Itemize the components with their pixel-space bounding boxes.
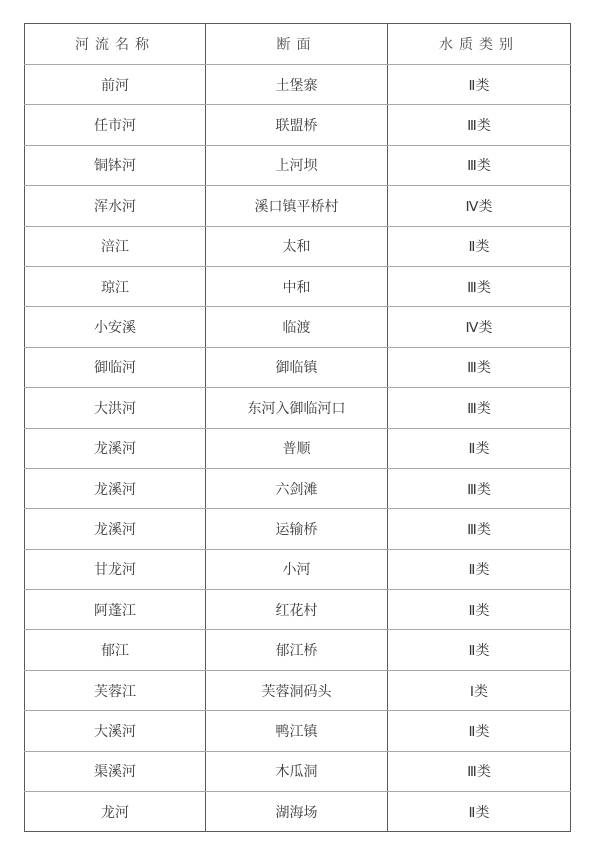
- water-quality-class-cell: Ⅱ类: [388, 711, 571, 751]
- table-row: 琼江中和Ⅲ类: [25, 266, 571, 306]
- section-cell: 溪口镇平桥村: [206, 186, 388, 226]
- section-cell: 郁江桥: [206, 630, 388, 670]
- table-header: 河流名称 断面 水质类别: [25, 24, 571, 65]
- column-header-river-name: 河流名称: [25, 24, 206, 65]
- river-name-cell: 甘龙河: [25, 549, 206, 589]
- section-cell: 木瓜洞: [206, 751, 388, 791]
- table-row: 铜钵河上河坝Ⅲ类: [25, 145, 571, 185]
- river-name-cell: 郁江: [25, 630, 206, 670]
- section-cell: 土堡寨: [206, 65, 388, 105]
- water-quality-class-cell: Ⅲ类: [388, 509, 571, 549]
- water-quality-class-cell: Ⅳ类: [388, 307, 571, 347]
- river-name-cell: 龙河: [25, 792, 206, 832]
- river-name-cell: 琼江: [25, 266, 206, 306]
- table-row: 渠溪河木瓜洞Ⅲ类: [25, 751, 571, 791]
- table-row: 甘龙河小河Ⅱ类: [25, 549, 571, 589]
- table-row: 郁江郁江桥Ⅱ类: [25, 630, 571, 670]
- water-quality-class-cell: Ⅱ类: [388, 549, 571, 589]
- river-name-cell: 铜钵河: [25, 145, 206, 185]
- section-cell: 上河坝: [206, 145, 388, 185]
- water-quality-class-cell: Ⅰ类: [388, 670, 571, 710]
- table-row: 小安溪临渡Ⅳ类: [25, 307, 571, 347]
- table-row: 御临河御临镇Ⅲ类: [25, 347, 571, 387]
- water-quality-table-container: 河流名称 断面 水质类别 前河土堡寨Ⅱ类任市河联盟桥Ⅲ类铜钵河上河坝Ⅲ类浑水河溪…: [24, 23, 571, 832]
- section-cell: 芙蓉洞码头: [206, 670, 388, 710]
- water-quality-class-cell: Ⅲ类: [388, 388, 571, 428]
- section-cell: 临渡: [206, 307, 388, 347]
- column-header-water-quality-class: 水质类别: [388, 24, 571, 65]
- river-name-cell: 御临河: [25, 347, 206, 387]
- table-body: 前河土堡寨Ⅱ类任市河联盟桥Ⅲ类铜钵河上河坝Ⅲ类浑水河溪口镇平桥村Ⅳ类涪江太和Ⅱ类…: [25, 65, 571, 832]
- river-name-cell: 龙溪河: [25, 428, 206, 468]
- table-row: 龙溪河运输桥Ⅲ类: [25, 509, 571, 549]
- table-row: 大洪河东河入御临河口Ⅲ类: [25, 388, 571, 428]
- water-quality-class-cell: Ⅱ类: [388, 630, 571, 670]
- river-name-cell: 涪江: [25, 226, 206, 266]
- section-cell: 东河入御临河口: [206, 388, 388, 428]
- water-quality-table: 河流名称 断面 水质类别 前河土堡寨Ⅱ类任市河联盟桥Ⅲ类铜钵河上河坝Ⅲ类浑水河溪…: [24, 23, 571, 832]
- section-cell: 联盟桥: [206, 105, 388, 145]
- river-name-cell: 浑水河: [25, 186, 206, 226]
- table-row: 龙河湖海场Ⅱ类: [25, 792, 571, 832]
- river-name-cell: 阿蓬江: [25, 590, 206, 630]
- river-name-cell: 任市河: [25, 105, 206, 145]
- water-quality-class-cell: Ⅱ类: [388, 226, 571, 266]
- section-cell: 六剑滩: [206, 468, 388, 508]
- table-row: 阿蓬江红花村Ⅱ类: [25, 590, 571, 630]
- header-row: 河流名称 断面 水质类别: [25, 24, 571, 65]
- water-quality-class-cell: Ⅱ类: [388, 428, 571, 468]
- river-name-cell: 大溪河: [25, 711, 206, 751]
- section-cell: 太和: [206, 226, 388, 266]
- river-name-cell: 龙溪河: [25, 468, 206, 508]
- section-cell: 湖海场: [206, 792, 388, 832]
- water-quality-class-cell: Ⅲ类: [388, 751, 571, 791]
- table-row: 涪江太和Ⅱ类: [25, 226, 571, 266]
- river-name-cell: 小安溪: [25, 307, 206, 347]
- table-row: 龙溪河普顺Ⅱ类: [25, 428, 571, 468]
- water-quality-class-cell: Ⅲ类: [388, 468, 571, 508]
- water-quality-class-cell: Ⅱ类: [388, 65, 571, 105]
- river-name-cell: 芙蓉江: [25, 670, 206, 710]
- section-cell: 红花村: [206, 590, 388, 630]
- water-quality-class-cell: Ⅲ类: [388, 266, 571, 306]
- water-quality-class-cell: Ⅲ类: [388, 145, 571, 185]
- table-row: 龙溪河六剑滩Ⅲ类: [25, 468, 571, 508]
- water-quality-class-cell: Ⅲ类: [388, 347, 571, 387]
- column-header-section: 断面: [206, 24, 388, 65]
- river-name-cell: 大洪河: [25, 388, 206, 428]
- section-cell: 小河: [206, 549, 388, 589]
- table-row: 前河土堡寨Ⅱ类: [25, 65, 571, 105]
- section-cell: 普顺: [206, 428, 388, 468]
- water-quality-class-cell: Ⅳ类: [388, 186, 571, 226]
- table-row: 浑水河溪口镇平桥村Ⅳ类: [25, 186, 571, 226]
- section-cell: 中和: [206, 266, 388, 306]
- river-name-cell: 龙溪河: [25, 509, 206, 549]
- river-name-cell: 渠溪河: [25, 751, 206, 791]
- water-quality-class-cell: Ⅱ类: [388, 590, 571, 630]
- section-cell: 御临镇: [206, 347, 388, 387]
- table-row: 芙蓉江芙蓉洞码头Ⅰ类: [25, 670, 571, 710]
- water-quality-class-cell: Ⅲ类: [388, 105, 571, 145]
- section-cell: 鸭江镇: [206, 711, 388, 751]
- river-name-cell: 前河: [25, 65, 206, 105]
- water-quality-class-cell: Ⅱ类: [388, 792, 571, 832]
- table-row: 任市河联盟桥Ⅲ类: [25, 105, 571, 145]
- table-row: 大溪河鸭江镇Ⅱ类: [25, 711, 571, 751]
- section-cell: 运输桥: [206, 509, 388, 549]
